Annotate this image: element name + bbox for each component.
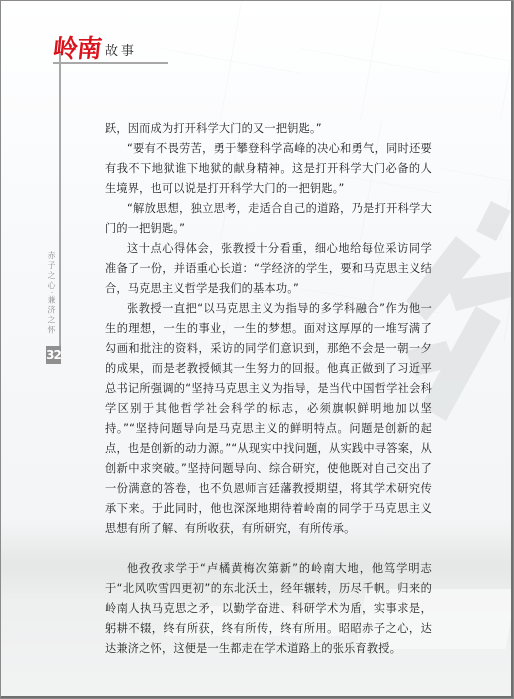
paragraph: 这十点心得体会，张教授十分看重，细心地给每位采访同学准备了一份，并语重心长道：“… <box>105 239 432 299</box>
header-title-black: 故事 <box>105 44 137 62</box>
paragraph: 跃，因而成为打开科学大门的又一把钥匙。” <box>105 119 432 139</box>
sidebar-caption: 赤子之心·兼济之怀 <box>45 251 57 336</box>
document-page: 岭南 故事 赤子之心·兼济之怀 32 跃，因而成为打开科学大门的又一把钥匙。” … <box>1 1 513 698</box>
page-number: 32 <box>46 346 61 364</box>
paragraph: 他孜孜求学于“卢橘黄梅次第新”的岭南大地，他笃学明志于“北风吹雪四更初”的东北沃… <box>105 559 432 659</box>
paragraph: “要有不畏劳苦，勇于攀登科学高峰的决心和勇气，同时还要有我不下地狱谁下地狱的献身… <box>105 139 432 199</box>
sidebar-divider <box>59 53 61 347</box>
paragraph: 张教授一直把“以马克思主义为指导的多学科融合”作为他一生的理想，一生的事业，一生… <box>105 299 432 539</box>
paragraph: “解放思想，独立思考，走适合自己的道路，乃是打开科学大门的一把钥匙。” <box>105 199 432 239</box>
article-body: 跃，因而成为打开科学大门的又一把钥匙。” “要有不畏劳苦，勇于攀登科学高峰的决心… <box>105 119 432 659</box>
header-divider <box>53 62 168 64</box>
section-header: 岭南 故事 <box>53 36 137 62</box>
